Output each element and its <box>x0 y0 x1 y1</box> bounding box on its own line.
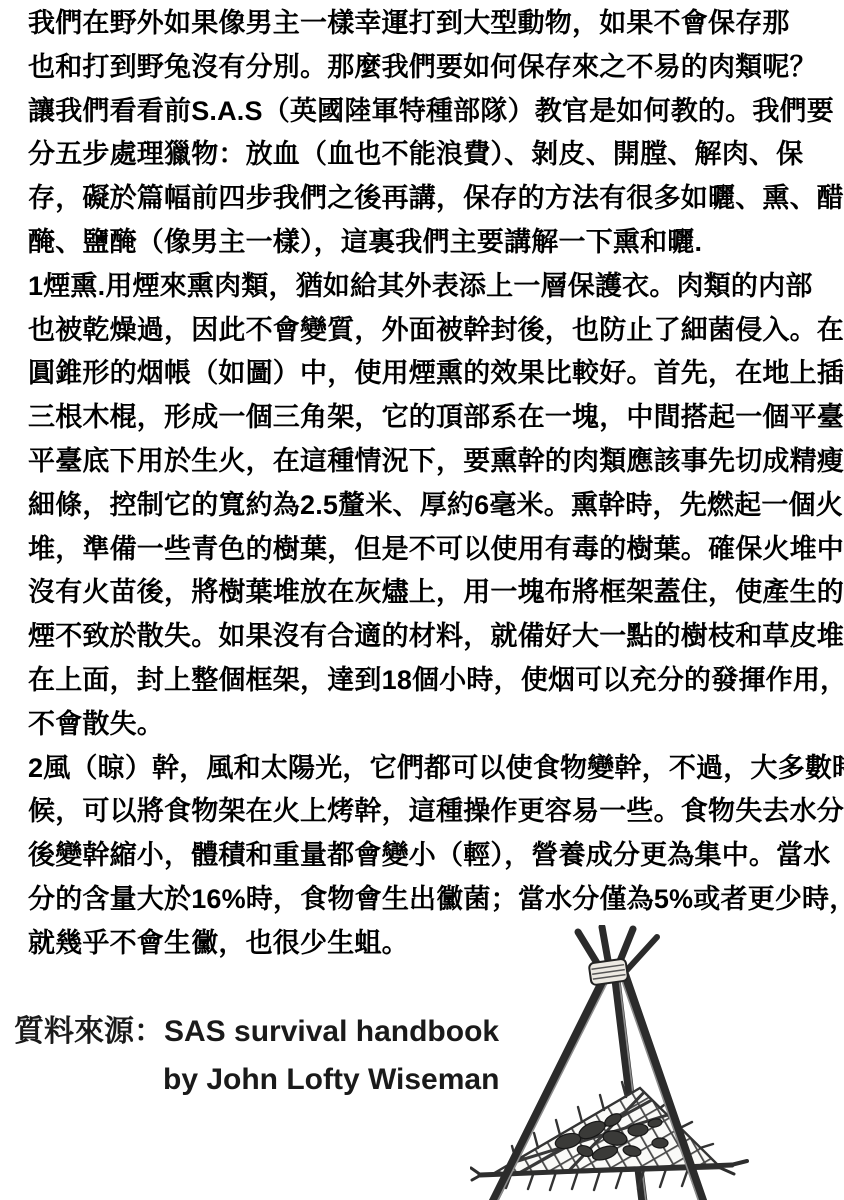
article-text-line: 煙不致於散失。如果沒有合適的材料，就備好大一點的樹枝和草皮堆 <box>28 615 840 659</box>
article-text-line: 候，可以將食物架在火上烤幹，這種操作更容易一些。食物失去水分 <box>28 790 840 834</box>
document-page: 我們在野外如果像男主一樣幸運打到大型動物，如果不會保存那也和打到野兔沒有分別。那… <box>0 0 844 1200</box>
article-text-line: 我們在野外如果像男主一樣幸運打到大型動物，如果不會保存那 <box>28 2 840 46</box>
article-text-line: 沒有火苗後，將樹葉堆放在灰燼上，用一塊布將框架蓋住，使產生的 <box>28 571 840 615</box>
article-text-line: 存，礙於篇幅前四步我們之後再講，保存的方法有很多如曬、熏、醋 <box>28 177 840 221</box>
article-text-line: 堆，準備一些青色的樹葉，但是不可以使用有毒的樹葉。確保火堆中 <box>28 528 840 572</box>
article-text-line: 圓錐形的烟帳（如圖）中，使用煙熏的效果比較好。首先，在地上插 <box>28 352 840 396</box>
article-text: 我們在野外如果像男主一樣幸運打到大型動物，如果不會保存那也和打到野兔沒有分別。那… <box>28 2 840 966</box>
article-text-line: 分五步處理獵物：放血（血也不能浪費）、剝皮、開膛、解肉、保 <box>28 133 840 177</box>
source-author: by John Lofty Wiseman <box>163 1056 499 1104</box>
article-text-line: 不會散失。 <box>28 703 840 747</box>
article-text-line: 讓我們看看前S.A.S（英國陸軍特種部隊）教官是如何教的。我們要 <box>28 90 840 134</box>
article-text-line: 在上面，封上整個框架，達到18個小時，使烟可以充分的發揮作用， <box>28 659 840 703</box>
tripod-smoker-drawing <box>470 925 810 1200</box>
article-text-line: 醃、鹽醃（像男主一樣），這裏我們主要講解一下熏和曬. <box>28 221 840 265</box>
source-title: 質料來源：SAS survival handbook <box>14 1008 499 1056</box>
article-text-line: 後變幹縮小，體積和重量都會變小（輕），營養成分更為集中。當水 <box>28 834 840 878</box>
article-text-line: 三根木棍，形成一個三角架，它的頂部系在一塊，中間搭起一個平臺， <box>28 396 840 440</box>
article-text-line: 細條，控制它的寬約為2.5釐米、厚約6毫米。熏幹時，先燃起一個火 <box>28 484 840 528</box>
article-text-line: 平臺底下用於生火，在這種情況下，要熏幹的肉類應該事先切成精瘦 <box>28 440 840 484</box>
article-text-line: 1煙熏.用煙來熏肉類，猶如給其外表添上一層保護衣。肉類的内部 <box>28 265 840 309</box>
article-text-line: 也被乾燥過，因此不會變質，外面被幹封後，也防止了細菌侵入。在 <box>28 309 840 353</box>
article-text-line: 2風（晾）幹，風和太陽光，它們都可以使食物變幹，不過，大多數時 <box>28 747 840 791</box>
article-text-line: 也和打到野兔沒有分別。那麼我們要如何保存來之不易的肉類呢？ <box>28 46 840 90</box>
tripod-smoking-rack-illustration <box>470 925 810 1200</box>
article-text-line: 分的含量大於16%時，食物會生出黴菌；當水分僅為5%或者更少時， <box>28 878 840 922</box>
lashing-rope <box>589 958 629 985</box>
source-attribution: 質料來源：SAS survival handbook by John Lofty… <box>14 1008 499 1104</box>
